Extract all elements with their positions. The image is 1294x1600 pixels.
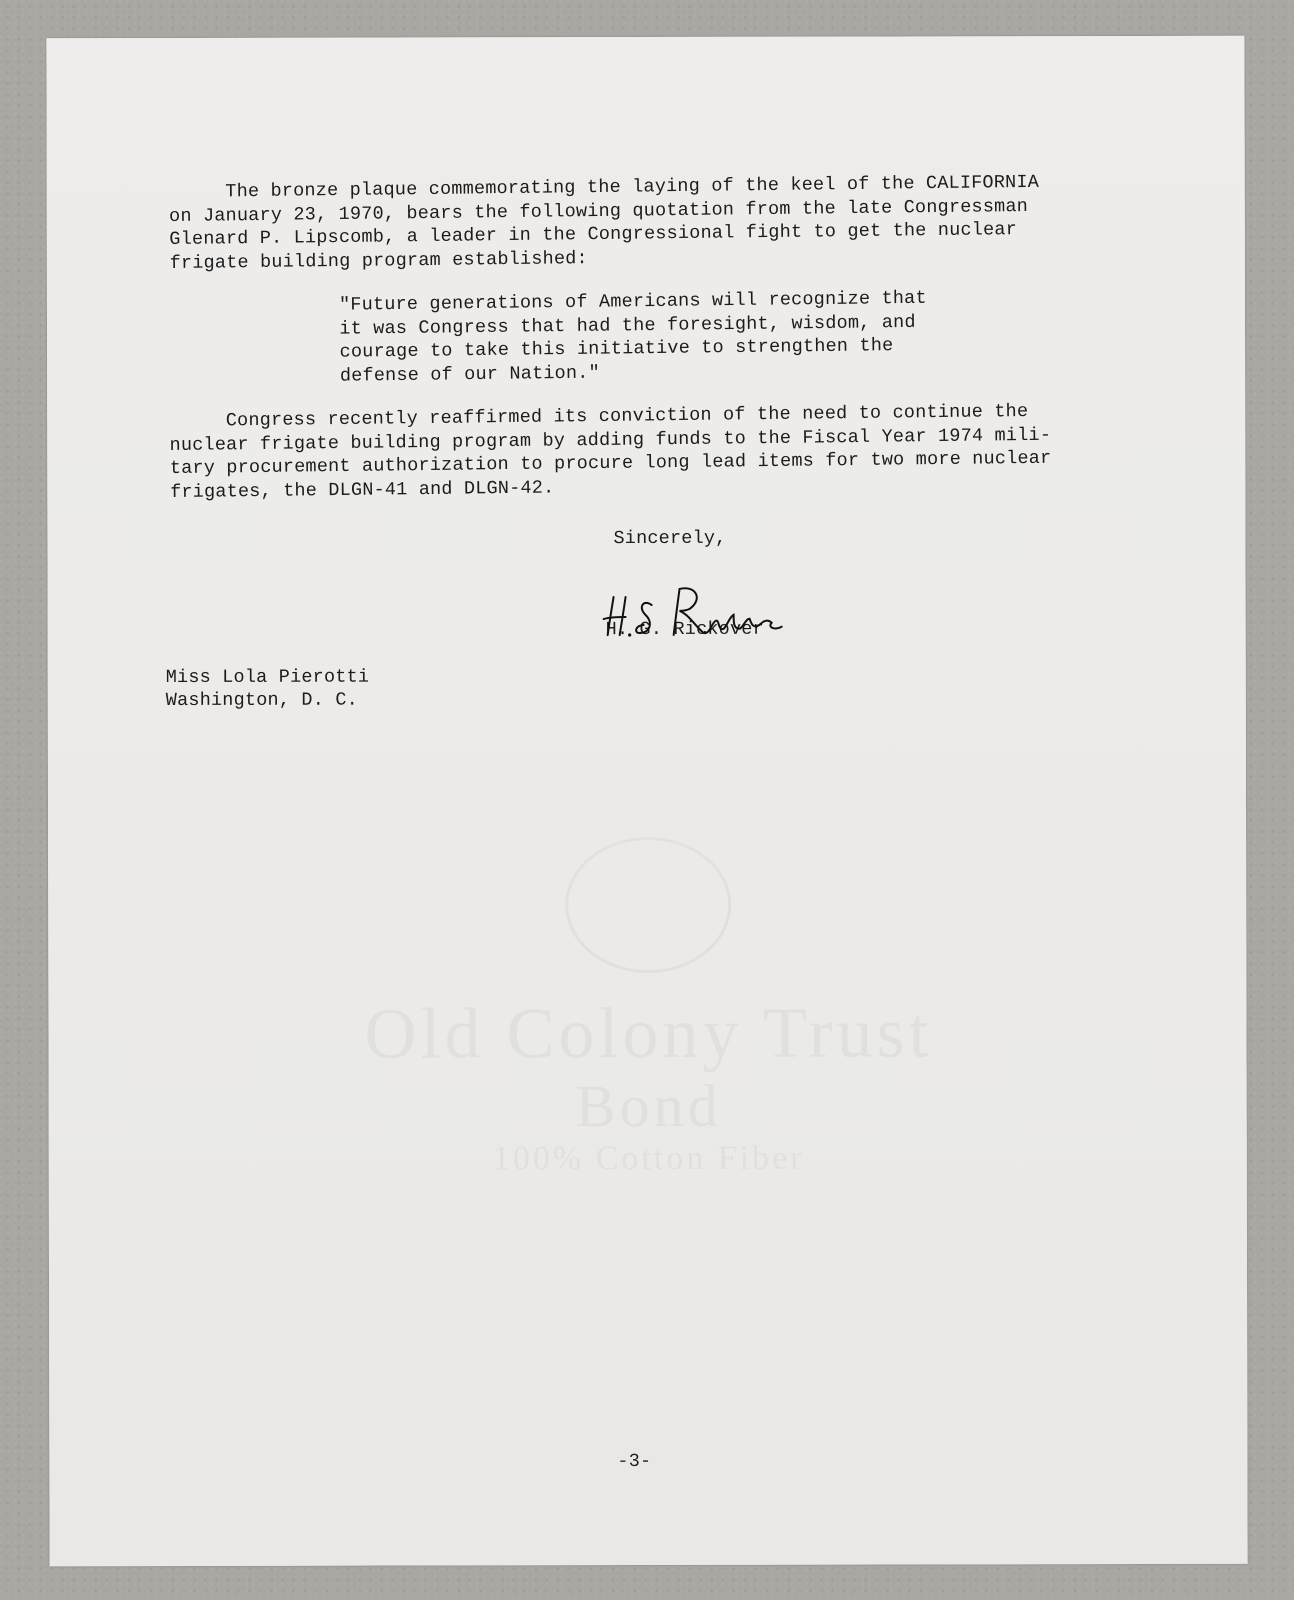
block-quotation: "Future generations of Americans will re…: [339, 287, 928, 388]
paper-watermark: Old Colony Trust Bond 100% Cotton Fiber: [288, 836, 1009, 1218]
recipient-address: Miss Lola Pierotti Washington, D. C.: [166, 666, 370, 712]
page-number: -3-: [617, 1450, 651, 1474]
paragraph-congress: Congress recently reaffirmed its convict…: [169, 400, 1052, 504]
handwritten-signature-icon: [600, 583, 790, 643]
paragraph-plaque: The bronze plaque commemorating the layi…: [169, 171, 1040, 275]
watermark-line-2: Bond: [289, 1072, 1009, 1140]
watermark-line-3: 100% Cotton Fiber: [289, 1138, 1009, 1180]
recipient-location: Washington, D. C.: [166, 690, 358, 711]
watermark-seal-icon: [565, 837, 731, 973]
watermark-line-1: Old Colony Trust: [288, 992, 1008, 1074]
letter-page: Old Colony Trust Bond 100% Cotton Fiber …: [46, 36, 1247, 1567]
closing-salutation: Sincerely,: [613, 527, 726, 551]
recipient-name: Miss Lola Pierotti: [166, 667, 369, 688]
